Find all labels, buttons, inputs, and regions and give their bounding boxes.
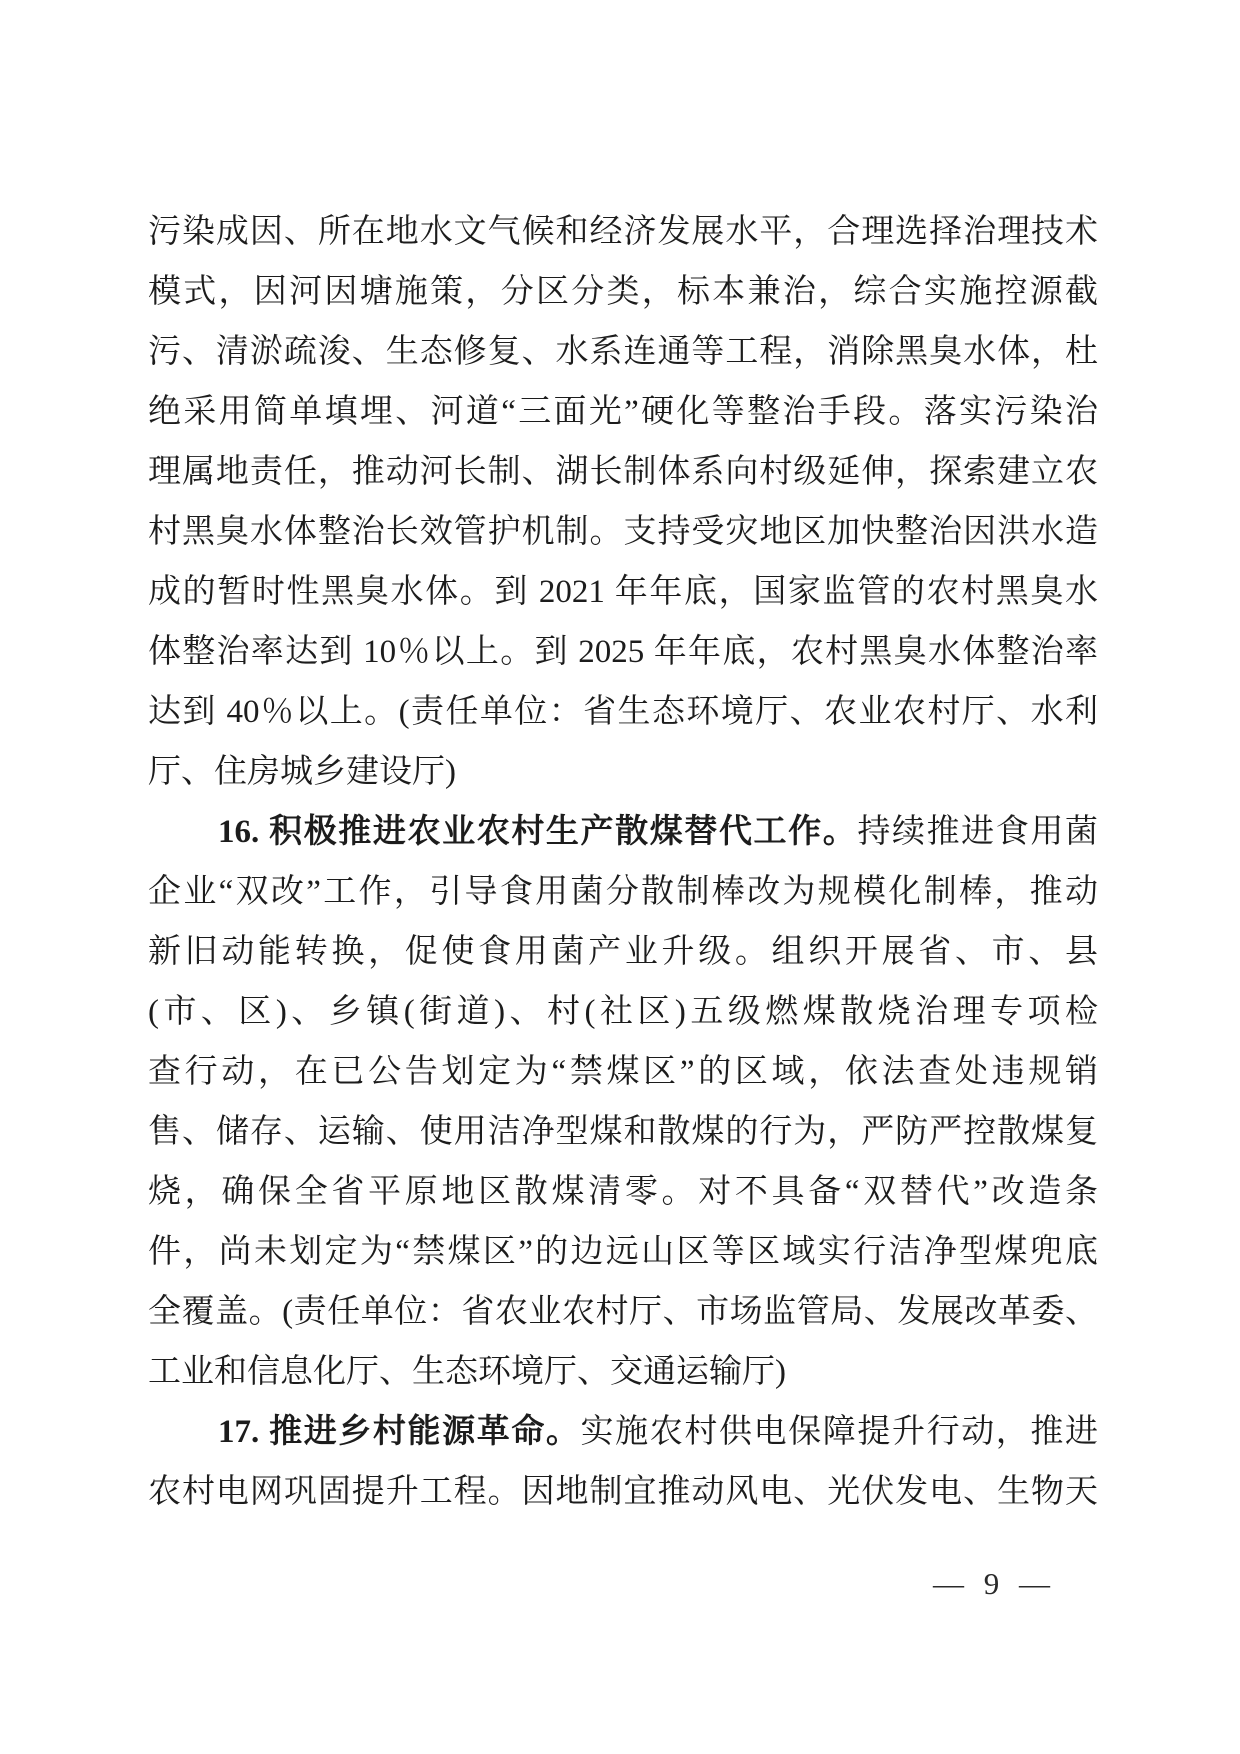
document-body: 污染成因、所在地水文气候和经济发展水平，合理选择治理技术 模式，因河因塘施策，分… — [148, 202, 1098, 1522]
text-line: 绝采用简单填埋、河道“三面光”硬化等整治手段。落实污染治 — [148, 382, 1098, 442]
text-line: 村黑臭水体整治长效管护机制。支持受灾地区加快整治因洪水造 — [148, 502, 1098, 562]
body-text: 查行动，在已公告划定为“禁煤区”的区域，依法查处违规销 — [148, 1054, 1098, 1090]
text-line: 达到 40％以上。(责任单位：省生态环境厅、农业农村厅、水利 — [148, 682, 1098, 742]
body-text: 新旧动能转换，促使食用菌产业升级。组织开展省、市、县 — [148, 934, 1098, 970]
body-text: 件，尚未划定为“禁煤区”的边远山区等区域实行洁净型煤兜底 — [148, 1234, 1098, 1270]
text-line: 污染成因、所在地水文气候和经济发展水平，合理选择治理技术 — [148, 202, 1098, 262]
body-text: (市、区)、乡镇(街道)、村(社区)五级燃煤散烧治理专项检 — [148, 994, 1098, 1030]
body-text: 污染成因、所在地水文气候和经济发展水平，合理选择治理技术 — [148, 214, 1098, 250]
text-line: 成的暂时性黑臭水体。到 2021 年年底，国家监管的农村黑臭水 — [148, 562, 1098, 622]
text-line: 件，尚未划定为“禁煤区”的边远山区等区域实行洁净型煤兜底 — [148, 1222, 1098, 1282]
page-footer: — 9 — — [148, 1558, 1098, 1610]
body-text: 成的暂时性黑臭水体。到 2021 年年底，国家监管的农村黑臭水 — [148, 574, 1098, 610]
body-text: 污、清淤疏浚、生态修复、水系连通等工程，消除黑臭水体，杜 — [148, 334, 1098, 370]
body-text: 绝采用简单填埋、河道“三面光”硬化等整治手段。落实污染治 — [148, 394, 1098, 430]
body-text: 烧，确保全省平原地区散煤清零。对不具备“双替代”改造条 — [148, 1174, 1098, 1210]
page-number: — 9 — — [933, 1566, 1056, 1601]
item-heading: 16. 积极推进农业农村生产散煤替代工作。 — [218, 814, 857, 850]
responsibility-unit-text: 厅、住房城乡建设厅) — [148, 754, 456, 790]
responsibility-unit-text: (责任单位：省农业农村厅、市场监管局、发展改革委、 — [282, 1294, 1098, 1330]
text-line: 售、储存、运输、使用洁净型煤和散煤的行为，严防严控散煤复 — [148, 1102, 1098, 1162]
body-text: 理属地责任，推动河长制、湖长制体系向村级延伸，探索建立农 — [148, 454, 1098, 490]
body-text: 全覆盖。 — [148, 1294, 282, 1330]
document-page: 污染成因、所在地水文气候和经济发展水平，合理选择治理技术 模式，因河因塘施策，分… — [0, 0, 1240, 1754]
text-line: (市、区)、乡镇(街道)、村(社区)五级燃煤散烧治理专项检 — [148, 982, 1098, 1042]
body-text: 农村电网巩固提升工程。因地制宜推动风电、光伏发电、生物天 — [148, 1474, 1098, 1510]
text-line: 工业和信息化厅、生态环境厅、交通运输厅) — [148, 1342, 1098, 1402]
body-text: 售、储存、运输、使用洁净型煤和散煤的行为，严防严控散煤复 — [148, 1114, 1098, 1150]
body-text: 模式，因河因塘施策，分区分类，标本兼治，综合实施控源截 — [148, 274, 1098, 310]
text-line: 查行动，在已公告划定为“禁煤区”的区域，依法查处违规销 — [148, 1042, 1098, 1102]
text-line: 农村电网巩固提升工程。因地制宜推动风电、光伏发电、生物天 — [148, 1462, 1098, 1522]
text-line: 全覆盖。(责任单位：省农业农村厅、市场监管局、发展改革委、 — [148, 1282, 1098, 1342]
text-line: 模式，因河因塘施策，分区分类，标本兼治，综合实施控源截 — [148, 262, 1098, 322]
text-line: 污、清淤疏浚、生态修复、水系连通等工程，消除黑臭水体，杜 — [148, 322, 1098, 382]
body-text: 体整治率达到 10％以上。到 2025 年年底，农村黑臭水体整治率 — [148, 634, 1098, 670]
body-text: 达到 40％以上。 — [148, 694, 399, 730]
text-line: 新旧动能转换，促使食用菌产业升级。组织开展省、市、县 — [148, 922, 1098, 982]
text-line: 体整治率达到 10％以上。到 2025 年年底，农村黑臭水体整治率 — [148, 622, 1098, 682]
text-line: 理属地责任，推动河长制、湖长制体系向村级延伸，探索建立农 — [148, 442, 1098, 502]
text-line: 烧，确保全省平原地区散煤清零。对不具备“双替代”改造条 — [148, 1162, 1098, 1222]
body-text: 企业“双改”工作，引导食用菌分散制棒改为规模化制棒，推动 — [148, 874, 1098, 910]
body-text: 村黑臭水体整治长效管护机制。支持受灾地区加快整治因洪水造 — [148, 514, 1098, 550]
responsibility-unit-text: (责任单位：省生态环境厅、农业农村厅、水利 — [399, 694, 1098, 730]
body-text: 持续推进食用菌 — [857, 814, 1098, 850]
text-line: 16. 积极推进农业农村生产散煤替代工作。持续推进食用菌 — [148, 802, 1098, 862]
text-line: 企业“双改”工作，引导食用菌分散制棒改为规模化制棒，推动 — [148, 862, 1098, 922]
body-text: 实施农村供电保障提升行动，推进 — [581, 1414, 1098, 1450]
item-heading: 17. 推进乡村能源革命。 — [218, 1414, 581, 1450]
text-line: 厅、住房城乡建设厅) — [148, 742, 1098, 802]
responsibility-unit-text: 工业和信息化厅、生态环境厅、交通运输厅) — [148, 1354, 786, 1390]
text-line: 17. 推进乡村能源革命。实施农村供电保障提升行动，推进 — [148, 1402, 1098, 1462]
